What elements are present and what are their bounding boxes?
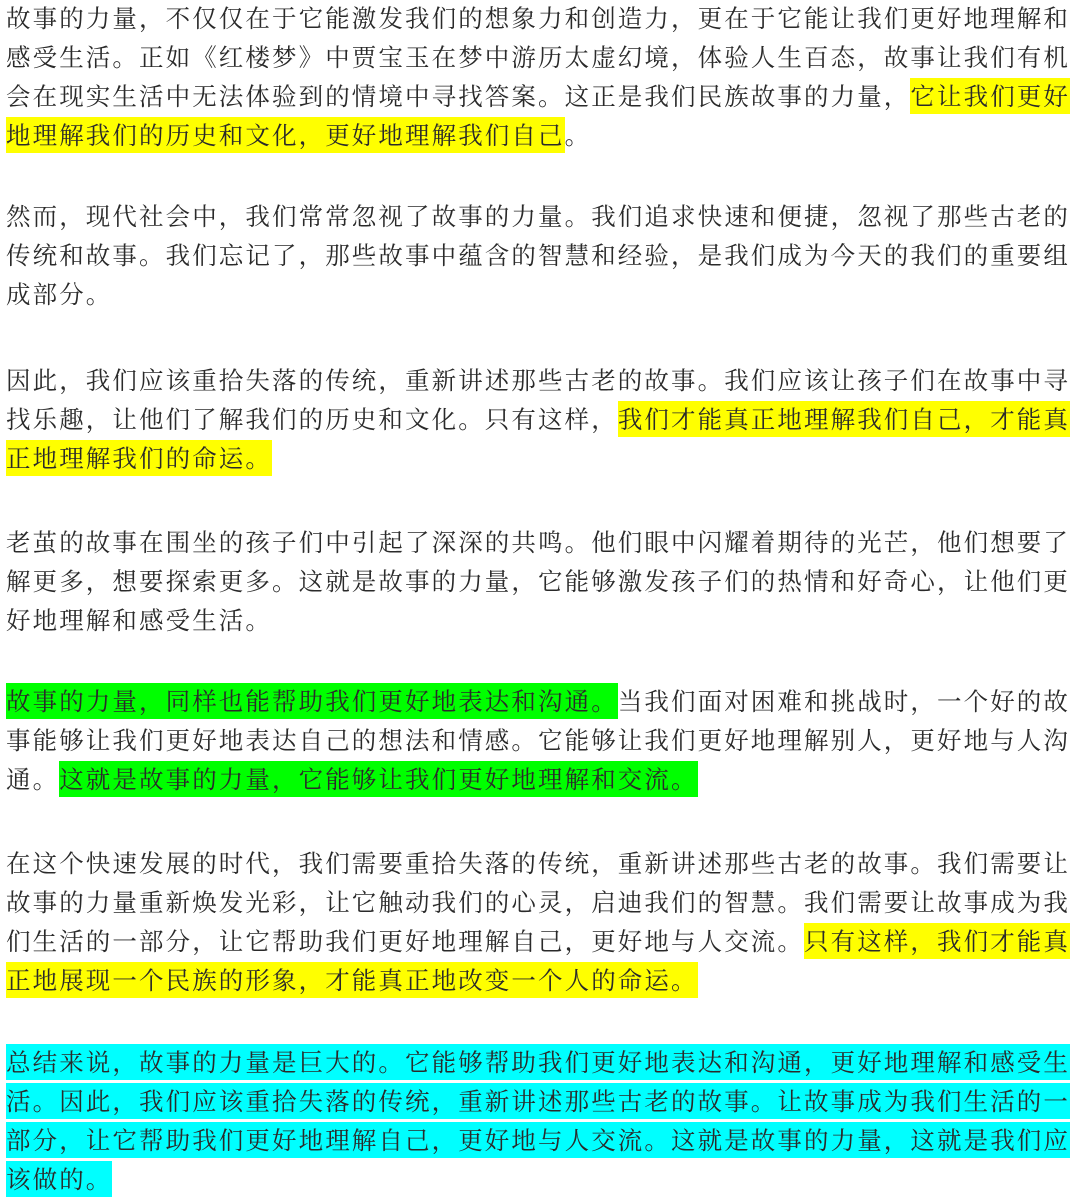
- text-line: 在这个快速发展的时代，我们需要重拾失落的传统，重新讲述那些古老的故事。我们需要让: [6, 845, 1070, 883]
- text-line: 成部分。: [6, 276, 112, 314]
- text-segment: 成部分。: [6, 276, 112, 312]
- text-line: 总结来说，故事的力量是巨大的。它能够帮助我们更好地表达和沟通，更好地理解和感受生: [6, 1044, 1070, 1082]
- text-segment: 事能够让我们更好地表达自己的想法和情感。它能够让我们更好地理解别人，更好地与人沟: [6, 722, 1070, 758]
- highlighted-text-yellow: 正地理解我们的命运。: [6, 440, 272, 476]
- highlighted-text-yellow: 地理解我们的历史和文化，更好地理解我们自己: [6, 117, 565, 153]
- text-segment: 当我们面对困难和挑战时，一个好的故: [618, 683, 1070, 719]
- text-segment: 因此，我们应该重拾失落的传统，重新讲述那些古老的故事。我们应该让孩子们在故事中寻: [6, 362, 1070, 398]
- text-segment: 传统和故事。我们忘记了，那些故事中蕴含的智慧和经验，是我们成为今天的我们的重要组: [6, 237, 1070, 273]
- text-line: 们生活的一部分，让它帮助我们更好地理解自己，更好地与人交流。只有这样，我们才能真: [6, 923, 1070, 961]
- text-line: 活。因此，我们应该重拾失落的传统，重新讲述那些古老的故事。让故事成为我们生活的一: [6, 1083, 1070, 1121]
- highlighted-text-yellow: 只有这样，我们才能真: [804, 923, 1070, 959]
- text-line: 正地展现一个民族的形象，才能真正地改变一个人的命运。: [6, 962, 698, 1000]
- text-line: 故事的力量，同样也能帮助我们更好地表达和沟通。当我们面对困难和挑战时，一个好的故: [6, 683, 1070, 721]
- text-line: 通。这就是故事的力量，它能够让我们更好地理解和交流。: [6, 761, 698, 799]
- highlighted-text-yellow: 我们才能真正地理解我们自己，才能真: [618, 401, 1070, 437]
- text-line: 好地理解和感受生活。: [6, 602, 272, 640]
- highlighted-text-cyan: 该做的。: [6, 1161, 112, 1197]
- text-line: 部分，让它帮助我们更好地理解自己，更好地与人交流。这就是故事的力量，这就是我们应: [6, 1122, 1070, 1160]
- text-segment: 。: [565, 117, 592, 153]
- highlighted-text-green: 这就是故事的力量，它能够让我们更好地理解和交流。: [59, 761, 697, 797]
- text-line: 事能够让我们更好地表达自己的想法和情感。它能够让我们更好地理解别人，更好地与人沟: [6, 722, 1070, 760]
- text-segment: 故事的力量，不仅仅在于它能激发我们的想象力和创造力，更在于它能让我们更好地理解和: [6, 0, 1070, 36]
- highlighted-text-yellow: 它让我们更好: [910, 78, 1070, 114]
- highlighted-text-green: 故事的力量，同样也能帮助我们更好地表达和沟通。: [6, 683, 618, 719]
- text-line: 故事的力量，不仅仅在于它能激发我们的想象力和创造力，更在于它能让我们更好地理解和: [6, 0, 1070, 38]
- text-segment: 会在现实生活中无法体验到的情境中寻找答案。这正是我们民族故事的力量，: [6, 78, 910, 114]
- text-line: 传统和故事。我们忘记了，那些故事中蕴含的智慧和经验，是我们成为今天的我们的重要组: [6, 237, 1070, 275]
- text-segment: 通。: [6, 761, 59, 797]
- text-segment: 然而，现代社会中，我们常常忽视了故事的力量。我们追求快速和便捷，忽视了那些古老的: [6, 198, 1070, 234]
- highlighted-text-cyan: 活。因此，我们应该重拾失落的传统，重新讲述那些古老的故事。让故事成为我们生活的一: [6, 1083, 1070, 1119]
- text-line: 然而，现代社会中，我们常常忽视了故事的力量。我们追求快速和便捷，忽视了那些古老的: [6, 198, 1070, 236]
- text-line: 找乐趣，让他们了解我们的历史和文化。只有这样，我们才能真正地理解我们自己，才能真: [6, 401, 1070, 439]
- text-segment: 在这个快速发展的时代，我们需要重拾失落的传统，重新讲述那些古老的故事。我们需要让: [6, 845, 1070, 881]
- text-segment: 解更多，想要探索更多。这就是故事的力量，它能够激发孩子们的热情和好奇心，让他们更: [6, 563, 1070, 599]
- document-body: 故事的力量，不仅仅在于它能激发我们的想象力和创造力，更在于它能让我们更好地理解和…: [0, 0, 1080, 1203]
- text-line: 该做的。: [6, 1161, 112, 1199]
- text-segment: 故事的力量重新焕发光彩，让它触动我们的心灵，启迪我们的智慧。我们需要让故事成为我: [6, 884, 1070, 920]
- text-line: 老茧的故事在围坐的孩子们中引起了深深的共鸣。他们眼中闪耀着期待的光芒，他们想要了: [6, 524, 1070, 562]
- text-segment: 感受生活。正如《红楼梦》中贾宝玉在梦中游历太虚幻境，体验人生百态，故事让我们有机: [6, 39, 1070, 75]
- text-segment: 找乐趣，让他们了解我们的历史和文化。只有这样，: [6, 401, 618, 437]
- text-segment: 好地理解和感受生活。: [6, 602, 272, 638]
- text-line: 正地理解我们的命运。: [6, 440, 272, 478]
- highlighted-text-cyan: 部分，让它帮助我们更好地理解自己，更好地与人交流。这就是故事的力量，这就是我们应: [6, 1122, 1070, 1158]
- text-line: 感受生活。正如《红楼梦》中贾宝玉在梦中游历太虚幻境，体验人生百态，故事让我们有机: [6, 39, 1070, 77]
- text-line: 会在现实生活中无法体验到的情境中寻找答案。这正是我们民族故事的力量，它让我们更好: [6, 78, 1070, 116]
- highlighted-text-cyan: 总结来说，故事的力量是巨大的。它能够帮助我们更好地表达和沟通，更好地理解和感受生: [6, 1044, 1070, 1080]
- text-segment: 们生活的一部分，让它帮助我们更好地理解自己，更好地与人交流。: [6, 923, 804, 959]
- text-line: 因此，我们应该重拾失落的传统，重新讲述那些古老的故事。我们应该让孩子们在故事中寻: [6, 362, 1070, 400]
- text-line: 故事的力量重新焕发光彩，让它触动我们的心灵，启迪我们的智慧。我们需要让故事成为我: [6, 884, 1070, 922]
- text-segment: 老茧的故事在围坐的孩子们中引起了深深的共鸣。他们眼中闪耀着期待的光芒，他们想要了: [6, 524, 1070, 560]
- text-line: 地理解我们的历史和文化，更好地理解我们自己。: [6, 117, 591, 155]
- text-line: 解更多，想要探索更多。这就是故事的力量，它能够激发孩子们的热情和好奇心，让他们更: [6, 563, 1070, 601]
- highlighted-text-yellow: 正地展现一个民族的形象，才能真正地改变一个人的命运。: [6, 962, 698, 998]
